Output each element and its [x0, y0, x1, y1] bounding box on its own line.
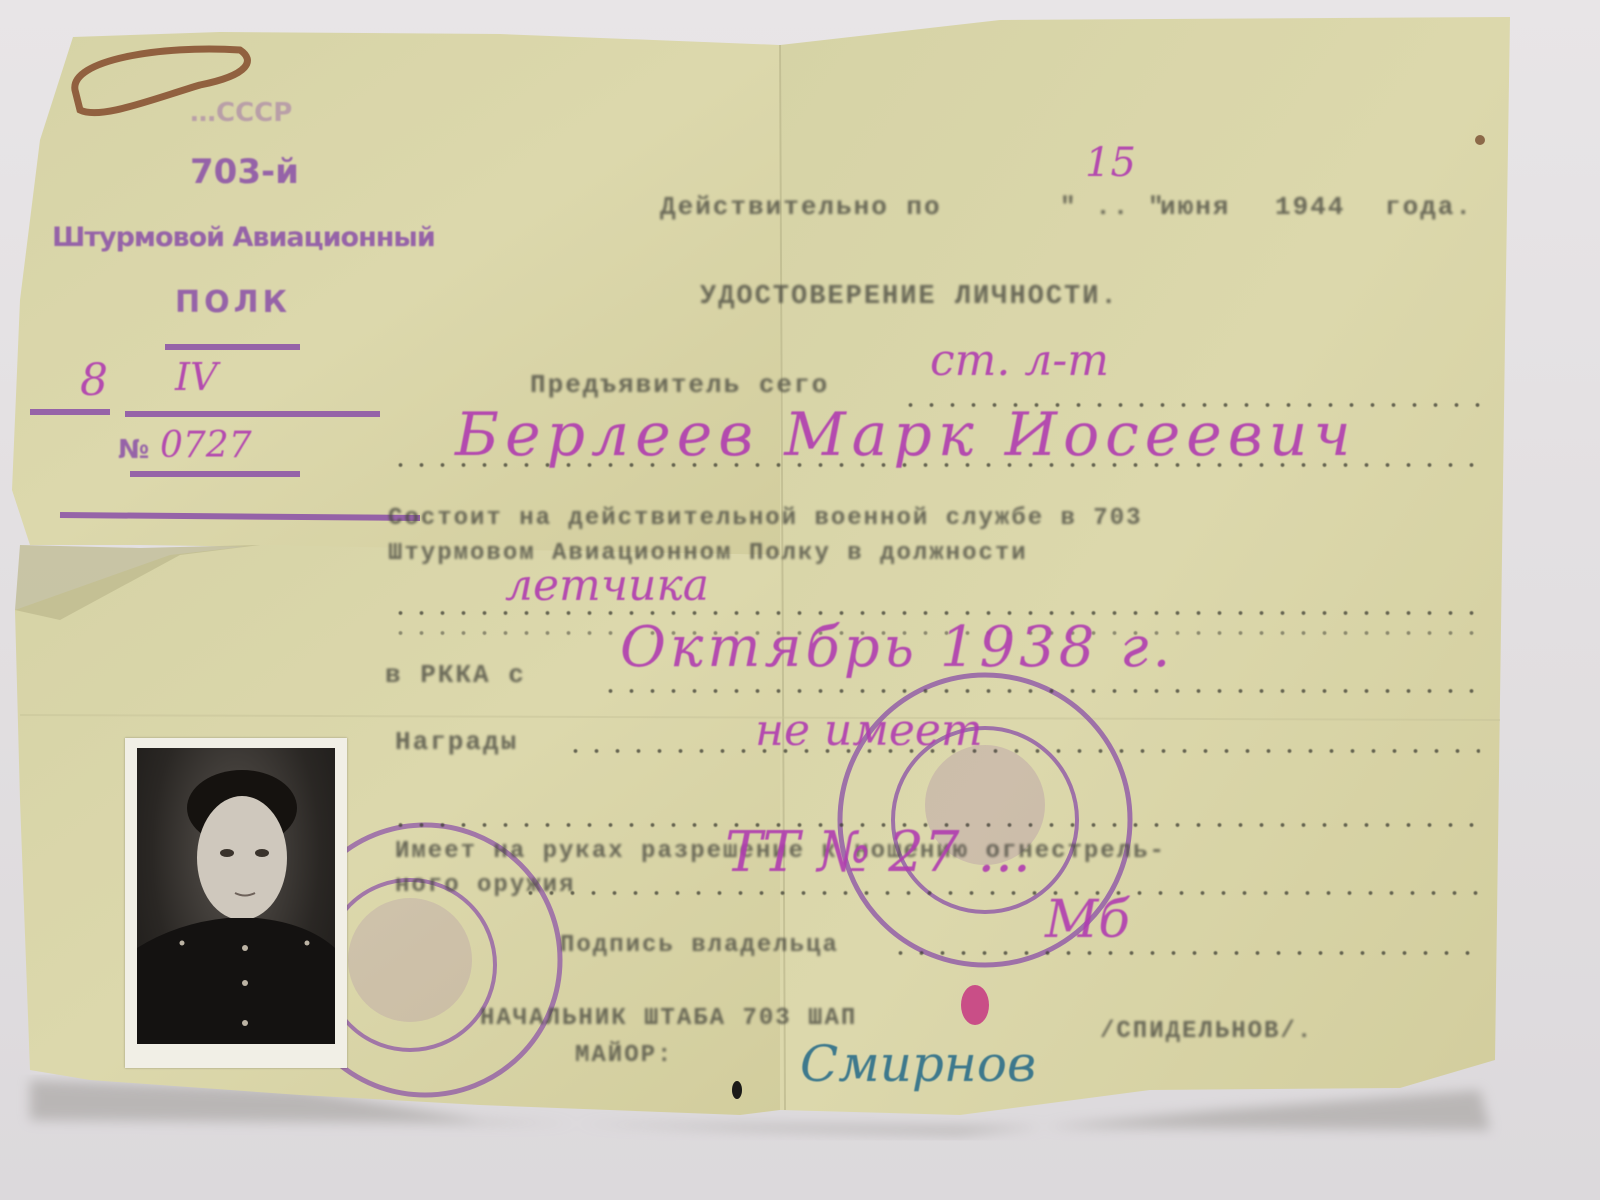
valid-month: июня [1160, 192, 1230, 222]
commander-name: /СПИДЕЛЬНОВ/. [1100, 1018, 1313, 1045]
identity-document: …СССР 703-й Штурмовой Авиационный ПОЛК 8… [0, 0, 1600, 1200]
stamp-number-prefix: № [118, 435, 149, 465]
valid-year: 1944 [1275, 192, 1345, 222]
full-name-value: Берлеев Марк Иосеевич [455, 400, 1357, 470]
commander-title: НАЧАЛЬНИК ШТАБА 703 ШАП [480, 1005, 857, 1032]
valid-suffix: года. [1385, 192, 1473, 222]
dotted-line [600, 688, 1480, 694]
stamp-date-month: IV [175, 355, 217, 399]
stamp-date-day: 8 [80, 355, 108, 406]
valid-until-label: Действительно по [660, 192, 942, 222]
commander-signature: Смирнов [800, 1035, 1036, 1093]
dotted-line [565, 748, 1480, 754]
commander-rank: МАЙОР: [575, 1042, 673, 1069]
stamp-regiment-type: Штурмовой Авиационный [52, 222, 435, 253]
position-value: летчика [505, 560, 709, 611]
dotted-line [890, 950, 1480, 956]
awards-label: Награды [395, 727, 518, 757]
service-text-1: Состоит на действительной военной службе… [388, 505, 1143, 532]
weapon-value: ТТ № 27 ... [725, 820, 1031, 885]
rank-value: ст. л-т [930, 335, 1109, 386]
document-title: УДОСТОВЕРЕНИЕ ЛИЧНОСТИ. [700, 282, 1119, 312]
stamp-number: 0727 [160, 425, 252, 466]
portrait-image [137, 748, 335, 1044]
stamp-regiment-number: 703-й [190, 152, 299, 192]
portrait-photo [125, 738, 347, 1068]
in-army-label: в РККА с [385, 660, 526, 690]
stamp-country: …СССР [190, 98, 292, 128]
dotted-line [520, 890, 1480, 896]
stamp-unit: ПОЛК [175, 285, 291, 320]
valid-day: 15 [1085, 140, 1136, 186]
dotted-line [390, 462, 1480, 468]
signature-label: Подпись владельца [560, 932, 839, 959]
owner-signature: Мб [1045, 890, 1130, 950]
in-army-since-value: Октябрь 1938 г. [620, 615, 1174, 680]
bearer-label: Предъявитель сего [530, 370, 829, 400]
